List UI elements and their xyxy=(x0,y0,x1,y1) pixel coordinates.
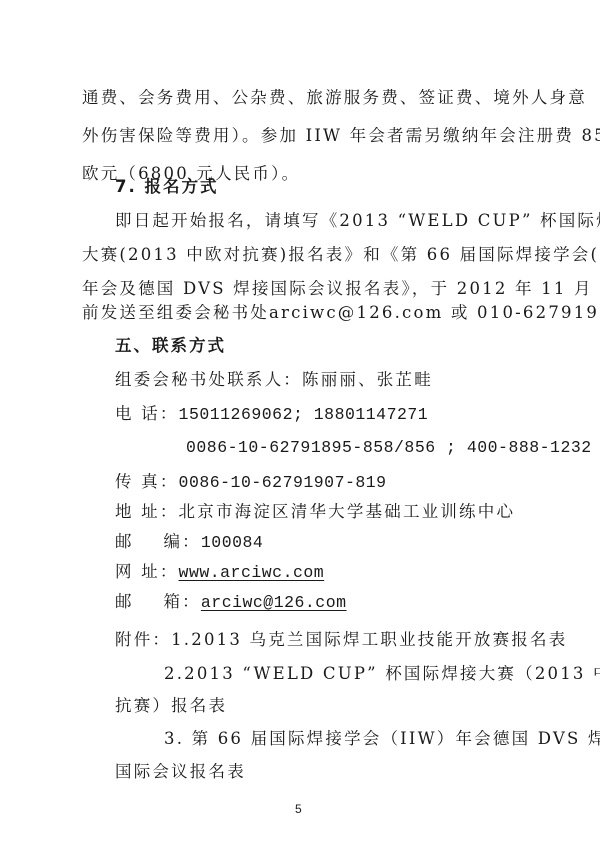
attachment-item-2-line-1: 2.2013 “WELD CUP” 杯国际焊接大赛（2013 中欧对 xyxy=(164,664,600,684)
phone-numbers-2: 0086-10-62791895-858/856 ; 400-888-1232 xyxy=(186,438,592,458)
attachments-label: 附件： xyxy=(115,630,171,650)
registration-line-4: 前发送至组委会秘书处arciwc@126.com 或 010-62791907-… xyxy=(82,303,600,323)
fax-label: 传 真： xyxy=(115,472,179,492)
postcode-value: 100084 xyxy=(201,533,263,552)
postcode-row: 邮 编：100084 xyxy=(115,532,263,553)
fax-number: 0086-10-62791907-819 xyxy=(179,473,387,492)
phone-label: 电 话： xyxy=(115,404,179,424)
attachment-item-1: 1.2013 乌克兰国际焊工职业技能开放赛报名表 xyxy=(171,630,567,649)
registration-line-1: 即日起开始报名，请填写《2013 “WELD CUP” 杯国际焊接 xyxy=(115,211,600,231)
phone-numbers-1: 15011269062; 18801147271 xyxy=(179,405,429,424)
section-5-heading: 五、联系方式 xyxy=(115,336,226,356)
fees-line-1: 通费、会务费用、公杂费、旅游服务费、签证费、境外人身意 xyxy=(82,88,587,108)
page-number: 5 xyxy=(295,802,302,816)
attachment-item-3-line-1: 3. 第 66 届国际焊接学会（IIW）年会德国 DVS 焊接 xyxy=(164,729,600,749)
registration-line-3: 年会及德国 DVS 焊接国际会议报名表》，于 2012 年 11 月 30 日 xyxy=(82,279,600,299)
email-label: 邮 箱： xyxy=(115,592,201,612)
fees-line-2: 外伤害保险等费用）。参加 IIW 年会者需另缴纳年会注册费 850 xyxy=(82,126,600,146)
email-link[interactable]: arciwc@126.com xyxy=(201,593,347,612)
email-row: 邮 箱：arciwc@126.com xyxy=(115,592,347,613)
registration-line-2: 大赛(2013 中欧对抗赛)报名表》和《第 66 届国际焊接学会(IIW) xyxy=(82,245,600,265)
address-row: 地 址：北京市海淀区清华大学基础工业训练中心 xyxy=(115,502,515,522)
attachments-row-1: 附件：1.2013 乌克兰国际焊工职业技能开放赛报名表 xyxy=(115,630,567,650)
attachment-item-3-line-2: 国际会议报名表 xyxy=(115,762,246,782)
phone-row: 电 话：15011269062; 18801147271 xyxy=(115,404,428,425)
section-7-heading: 7. 报名方式 xyxy=(115,177,219,197)
website-link[interactable]: www.arciwc.com xyxy=(179,563,325,582)
website-label: 网 址： xyxy=(115,562,179,582)
fax-row: 传 真：0086-10-62791907-819 xyxy=(115,472,387,493)
attachment-item-2-line-2: 抗赛）报名表 xyxy=(115,696,227,716)
address-label: 地 址： xyxy=(115,502,179,522)
address-value: 北京市海淀区清华大学基础工业训练中心 xyxy=(179,502,516,521)
contact-person: 组委会秘书处联系人：陈丽丽、张芷畦 xyxy=(115,370,433,390)
postcode-label: 邮 编： xyxy=(115,532,201,552)
website-row: 网 址：www.arciwc.com xyxy=(115,562,324,583)
